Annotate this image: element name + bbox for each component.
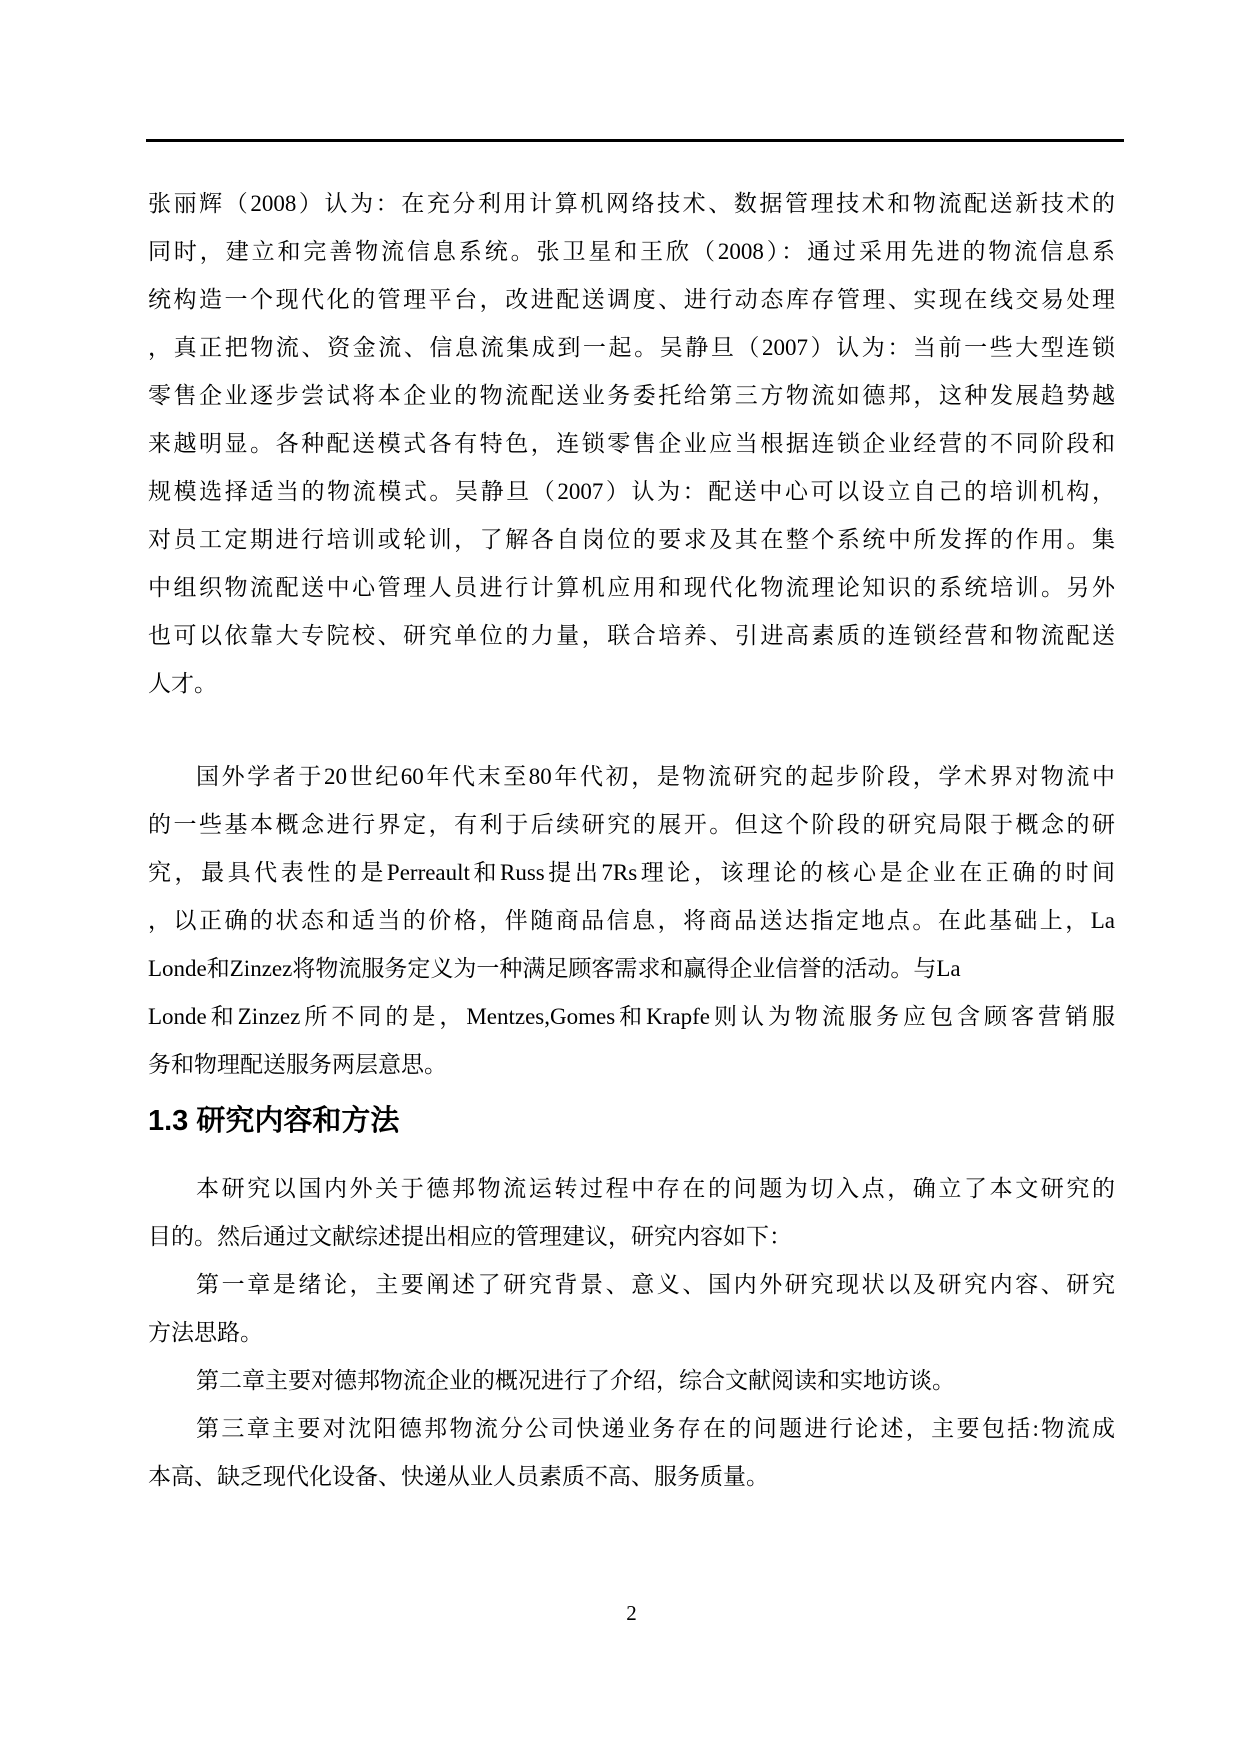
- text-line: 人才。: [148, 660, 1115, 708]
- text-line: ，以正确的状态和适当的价格，伴随商品信息，将商品送达指定地点。在此基础上，La: [148, 897, 1115, 945]
- text-line: ，真正把物流、资金流、信息流集成到一起。吴静旦（2007）认为：当前一些大型连锁: [148, 324, 1115, 372]
- text-line: 的一些基本概念进行界定，有利于后续研究的展开。但这个阶段的研究局限于概念的研: [148, 801, 1115, 849]
- text-line: 张丽辉（2008）认为：在充分利用计算机网络技术、数据管理技术和物流配送新技术的: [148, 180, 1115, 228]
- text-line: 目的。然后通过文献综述提出相应的管理建议，研究内容如下：: [148, 1213, 1115, 1261]
- paragraph-research-overview: 本研究以国内外关于德邦物流运转过程中存在的问题为切入点，确立了本文研究的 目的。…: [148, 1165, 1115, 1261]
- paragraph-chapter-one: 第一章是绪论，主要阐述了研究背景、意义、国内外研究现状以及研究内容、研究 方法思…: [148, 1261, 1115, 1357]
- text-line: 国外学者于20世纪60年代末至80年代初，是物流研究的起步阶段，学术界对物流中: [148, 753, 1115, 801]
- paragraph-chapter-two: 第二章主要对德邦物流企业的概况进行了介绍，综合文献阅读和实地访谈。: [148, 1357, 1115, 1405]
- text-line: 本研究以国内外关于德邦物流运转过程中存在的问题为切入点，确立了本文研究的: [148, 1165, 1115, 1213]
- paragraph-foreign-literature: 国外学者于20世纪60年代末至80年代初，是物流研究的起步阶段，学术界对物流中 …: [148, 753, 1115, 1089]
- paragraph-chapter-three: 第三章主要对沈阳德邦物流分公司快递业务存在的问题进行论述，主要包括:物流成 本高…: [148, 1405, 1115, 1501]
- paragraph-domestic-literature: 张丽辉（2008）认为：在充分利用计算机网络技术、数据管理技术和物流配送新技术的…: [148, 180, 1115, 708]
- text-line: 规模选择适当的物流模式。吴静旦（2007）认为：配送中心可以设立自己的培训机构，: [148, 468, 1115, 516]
- text-line: 第三章主要对沈阳德邦物流分公司快递业务存在的问题进行论述，主要包括:物流成: [148, 1405, 1115, 1453]
- page-number: 2: [148, 1598, 1115, 1628]
- page-content: 张丽辉（2008）认为：在充分利用计算机网络技术、数据管理技术和物流配送新技术的…: [148, 180, 1115, 1501]
- text-line: 务和物理配送服务两层意思。: [148, 1041, 1115, 1089]
- text-line: 零售企业逐步尝试将本企业的物流配送业务委托给第三方物流如德邦，这种发展趋势越: [148, 372, 1115, 420]
- text-line: 也可以依靠大专院校、研究单位的力量，联合培养、引进高素质的连锁经营和物流配送: [148, 612, 1115, 660]
- header-divider-rule: [146, 139, 1124, 142]
- text-line: 方法思路。: [148, 1309, 1115, 1357]
- text-line: Londe和Zinzez将物流服务定义为一种满足顾客需求和赢得企业信誉的活动。与…: [148, 945, 1115, 993]
- text-line: 中组织物流配送中心管理人员进行计算机应用和现代化物流理论知识的系统培训。另外: [148, 564, 1115, 612]
- text-line: 究，最具代表性的是Perreault和Russ提出7Rs理论，该理论的核心是企业…: [148, 849, 1115, 897]
- text-line: 第一章是绪论，主要阐述了研究背景、意义、国内外研究现状以及研究内容、研究: [148, 1261, 1115, 1309]
- text-line: 本高、缺乏现代化设备、快递从业人员素质不高、服务质量。: [148, 1453, 1115, 1501]
- section-heading-1-3: 1.3 研究内容和方法: [148, 1101, 1115, 1141]
- text-line: Londe和Zinzez所不同的是，Mentzes,Gomes和Krapfe则认…: [148, 993, 1115, 1041]
- text-line: 对员工定期进行培训或轮训，了解各自岗位的要求及其在整个系统中所发挥的作用。集: [148, 516, 1115, 564]
- text-line: 来越明显。各种配送模式各有特色，连锁零售企业应当根据连锁企业经营的不同阶段和: [148, 420, 1115, 468]
- text-line: 统构造一个现代化的管理平台，改进配送调度、进行动态库存管理、实现在线交易处理: [148, 276, 1115, 324]
- text-line: 同时，建立和完善物流信息系统。张卫星和王欣（2008）：通过采用先进的物流信息系: [148, 228, 1115, 276]
- document-page: 张丽辉（2008）认为：在充分利用计算机网络技术、数据管理技术和物流配送新技术的…: [0, 0, 1241, 1754]
- text-line: 第二章主要对德邦物流企业的概况进行了介绍，综合文献阅读和实地访谈。: [148, 1357, 1115, 1405]
